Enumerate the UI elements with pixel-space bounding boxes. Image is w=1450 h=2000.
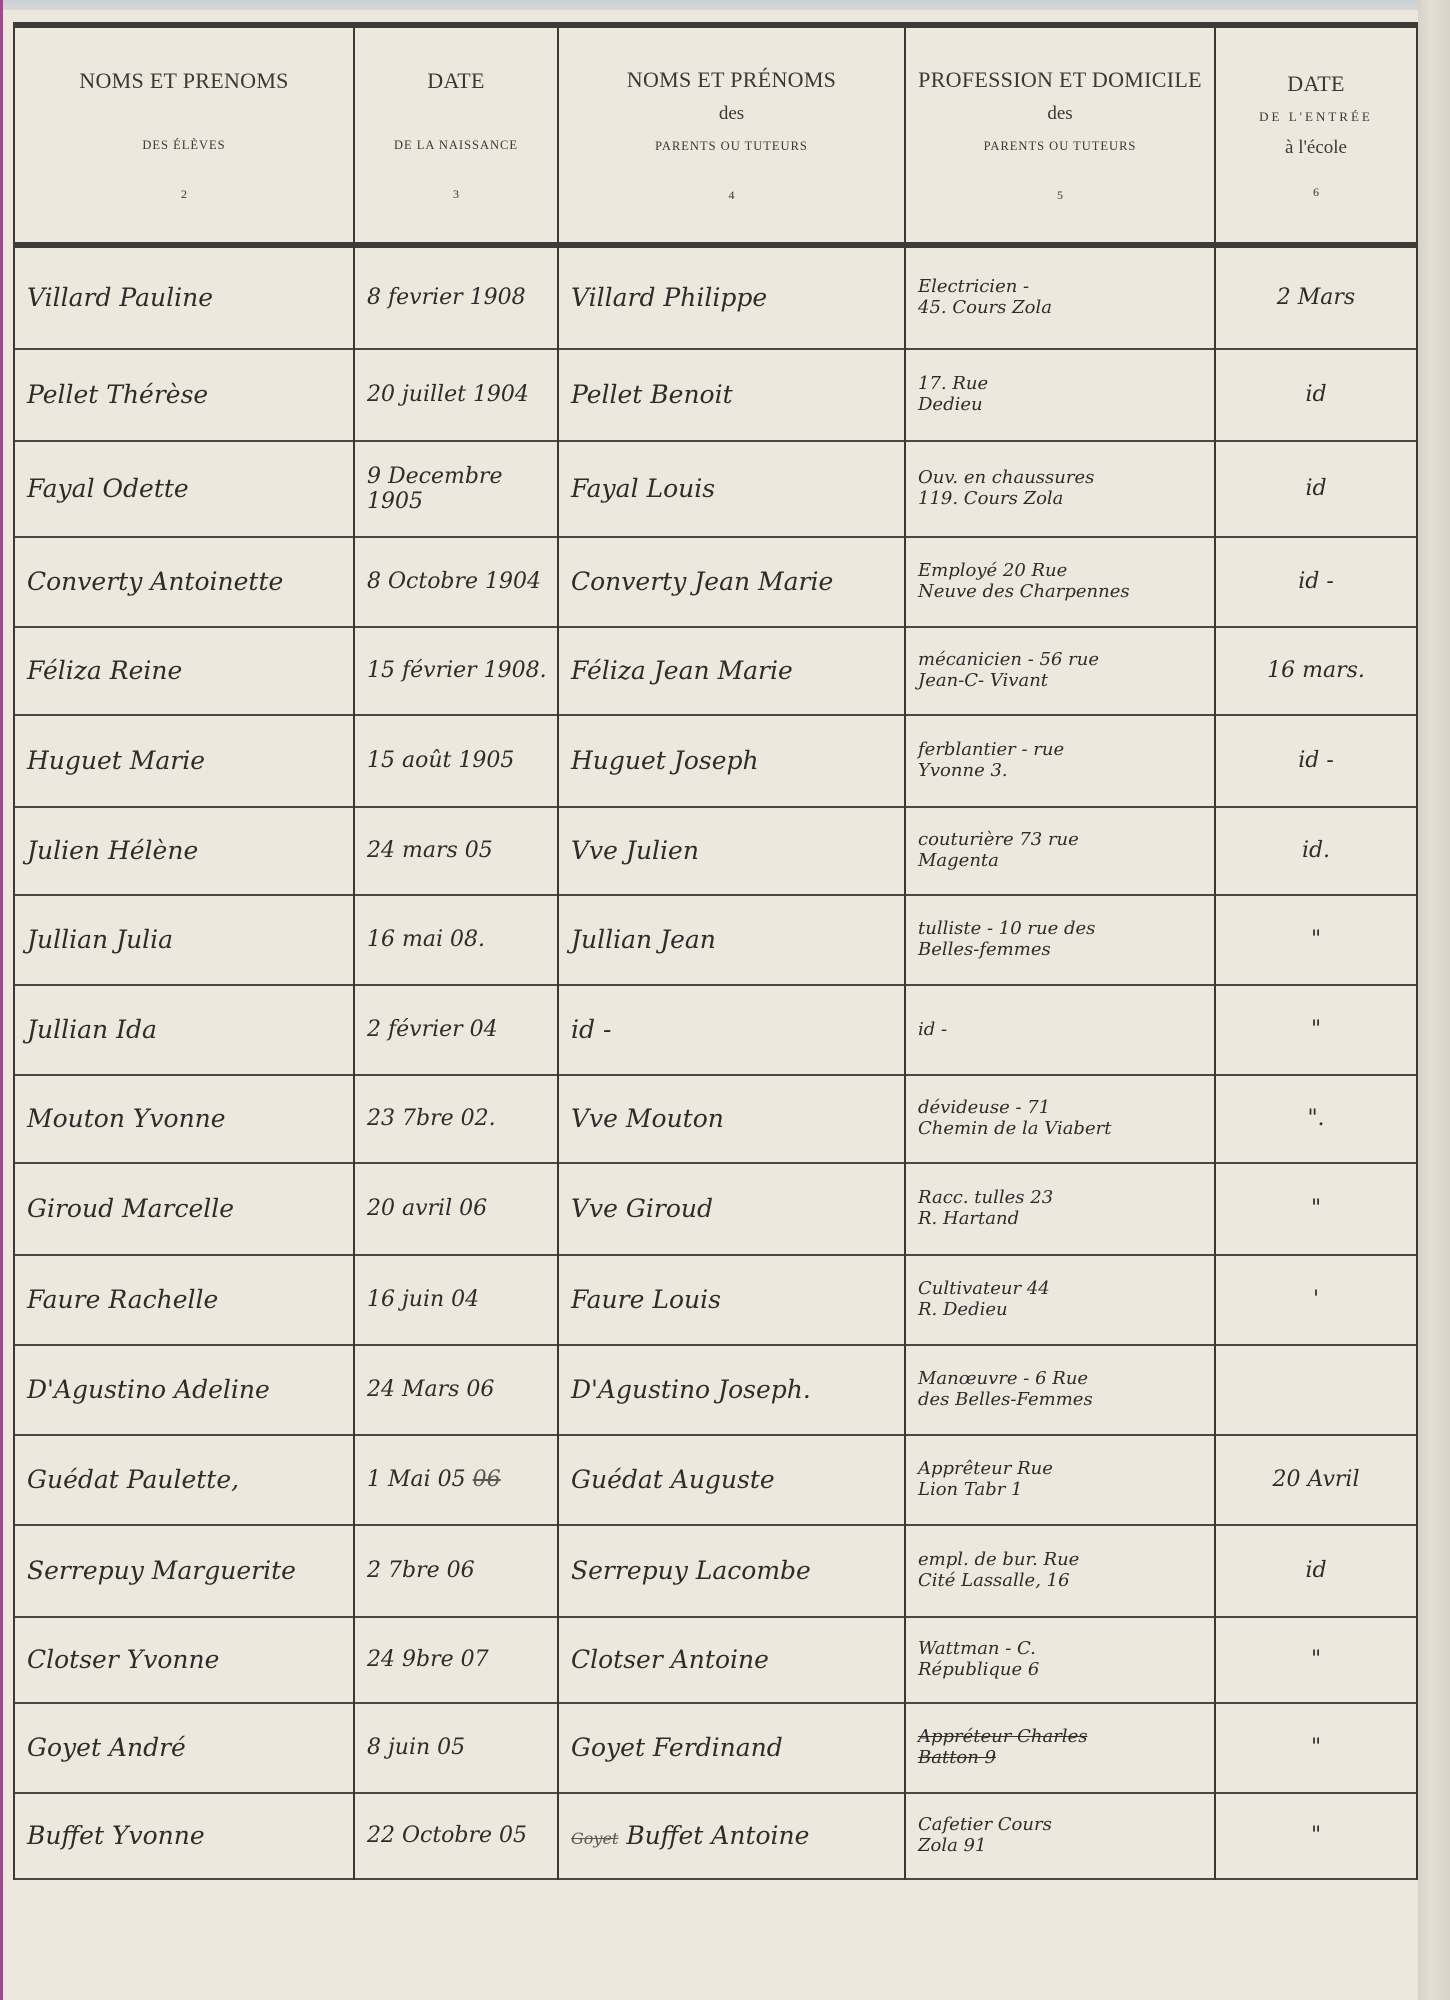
profession-line: Cité Lassalle, 16 — [918, 1571, 1214, 1592]
parent-name: Converty Jean Marie — [558, 537, 905, 627]
parent-name: Vve Julien — [558, 807, 905, 895]
entry-date-text: 2 Mars — [1277, 285, 1355, 310]
birth-date: 2 février 04 — [354, 985, 558, 1075]
column-title: DATE — [355, 68, 557, 94]
profession-address: Wattman - C.République 6 — [905, 1617, 1215, 1703]
parent-name-text: Converty Jean Marie — [571, 567, 833, 596]
profession-line: empl. de bur. Rue — [918, 1550, 1214, 1571]
profession-line: Neuve des Charpennes — [918, 582, 1214, 603]
parent-name-text: Serrepuy Lacombe — [571, 1556, 811, 1585]
entry-date-text: " — [1311, 927, 1321, 952]
profession-address: Manœuvre - 6 Ruedes Belles-Femmes — [905, 1345, 1215, 1435]
parent-name-text: Villard Philippe — [571, 283, 767, 312]
birth-date-text: 8 juin 05 — [367, 1735, 465, 1760]
profession-line: ferblantier - rue — [918, 740, 1214, 761]
profession-line: 45. Cours Zola — [918, 298, 1214, 319]
student-name-text: Giroud Marcelle — [27, 1194, 234, 1223]
entry-date: " — [1215, 1793, 1417, 1879]
student-name: D'Agustino Adeline — [14, 1345, 354, 1435]
table-row: Huguet Marie15 août 1905Huguet Josephfer… — [14, 715, 1417, 807]
parent-name-text: Guédat Auguste — [571, 1465, 775, 1494]
birth-date: 20 avril 06 — [354, 1163, 558, 1255]
profession-line: Zola 91 — [918, 1836, 1214, 1857]
table-row: Buffet Yvonne22 Octobre 05Goyet Buffet A… — [14, 1793, 1417, 1879]
student-name-text: Goyet André — [27, 1733, 186, 1762]
student-name-text: D'Agustino Adeline — [27, 1375, 270, 1404]
column-number: 6 — [1216, 185, 1416, 200]
profession-line: Chemin de la Viabert — [918, 1119, 1214, 1140]
column-subtitle: DES ÉLÈVES — [15, 138, 353, 153]
profession-line: Jean-C- Vivant — [918, 671, 1214, 692]
entry-date: id. — [1215, 807, 1417, 895]
student-name: Buffet Yvonne — [14, 1793, 354, 1879]
table-row: Jullian Ida2 février 04id -id -" — [14, 985, 1417, 1075]
register-table: NOMS ET PRENOMSDES ÉLÈVES2DATEDE LA NAIS… — [13, 22, 1418, 1880]
profession-address: mécanicien - 56 rueJean-C- Vivant — [905, 627, 1215, 715]
student-name-text: Villard Pauline — [27, 283, 213, 312]
parent-name-text: Goyet Ferdinand — [571, 1733, 783, 1762]
column-extra: à l'école — [1216, 137, 1416, 159]
column-number: 2 — [15, 187, 353, 202]
column-header-3: DATEDE LA NAISSANCE3 — [354, 25, 558, 245]
entry-date-text: ". — [1307, 1106, 1324, 1131]
profession-line: R. Dedieu — [918, 1300, 1214, 1321]
student-name-text: Guédat Paulette, — [27, 1465, 239, 1494]
profession-address: couturière 73 rueMagenta — [905, 807, 1215, 895]
profession-line: Wattman - C. — [918, 1639, 1214, 1660]
birth-date-text: 16 mai 08. — [367, 927, 485, 952]
entry-date: 16 mars. — [1215, 627, 1417, 715]
student-name-text: Clotser Yvonne — [27, 1645, 219, 1674]
student-name: Converty Antoinette — [14, 537, 354, 627]
birth-date: 20 juillet 1904 — [354, 349, 558, 441]
parent-name: Vve Giroud — [558, 1163, 905, 1255]
column-title: DATE — [1216, 71, 1416, 97]
table-row: Villard Pauline8 fevrier 1908Villard Phi… — [14, 245, 1417, 349]
profession-address: Electricien -45. Cours Zola — [905, 245, 1215, 349]
column-des: des — [559, 103, 904, 125]
parent-name-text: Vve Giroud — [571, 1194, 713, 1223]
profession-line: Ouv. en chaussures — [918, 468, 1214, 489]
birth-date: 8 Octobre 1904 — [354, 537, 558, 627]
student-name-text: Jullian Julia — [27, 925, 173, 954]
profession-line: Cultivateur 44 — [918, 1279, 1214, 1300]
table-row: Jullian Julia16 mai 08.Jullian Jeantulli… — [14, 895, 1417, 985]
parent-name: D'Agustino Joseph. — [558, 1345, 905, 1435]
entry-date: " — [1215, 985, 1417, 1075]
table-row: Goyet André8 juin 05Goyet FerdinandAppré… — [14, 1703, 1417, 1793]
register-sheet: NOMS ET PRENOMSDES ÉLÈVES2DATEDE LA NAIS… — [3, 10, 1418, 2000]
birth-date-text: 20 avril 06 — [367, 1196, 487, 1221]
entry-date: ' — [1215, 1255, 1417, 1345]
parent-name-text: Pellet Benoit — [571, 380, 733, 409]
profession-address: Employé 20 RueNeuve des Charpennes — [905, 537, 1215, 627]
parent-name: Jullian Jean — [558, 895, 905, 985]
profession-address: Ouv. en chaussures119. Cours Zola — [905, 441, 1215, 537]
entry-date-text: " — [1311, 1735, 1321, 1760]
parent-name: Huguet Joseph — [558, 715, 905, 807]
profession-line: Dedieu — [918, 395, 1214, 416]
column-number: 3 — [355, 187, 557, 202]
birth-date-text: 2 7bre 06 — [367, 1558, 475, 1583]
birth-date: 8 fevrier 1908 — [354, 245, 558, 349]
parent-name-text: Vve Mouton — [571, 1104, 724, 1133]
student-name-text: Mouton Yvonne — [27, 1104, 226, 1133]
column-header-6: DATEDE L'ENTRÉEà l'école6 — [1215, 25, 1417, 245]
binding-edge — [0, 0, 3, 2000]
column-title: NOMS ET PRÉNOMS — [559, 67, 904, 93]
table-row: Fayal Odette9 Decembre 1905Fayal LouisOu… — [14, 441, 1417, 537]
table-row: Serrepuy Marguerite2 7bre 06Serrepuy Lac… — [14, 1525, 1417, 1617]
entry-date-text: " — [1311, 1647, 1321, 1672]
profession-line: R. Hartand — [918, 1209, 1214, 1230]
entry-date: " — [1215, 895, 1417, 985]
profession-address: dévideuse - 71Chemin de la Viabert — [905, 1075, 1215, 1163]
student-name-text: Serrepuy Marguerite — [27, 1556, 296, 1585]
struck-text: Batton 9 — [918, 1748, 1214, 1769]
table-row: Julien Hélène24 mars 05Vve Juliencouturi… — [14, 807, 1417, 895]
entry-date: " — [1215, 1703, 1417, 1793]
entry-date: id - — [1215, 715, 1417, 807]
profession-line: Employé 20 Rue — [918, 561, 1214, 582]
column-subtitle: DE LA NAISSANCE — [355, 138, 557, 153]
column-header-2: NOMS ET PRENOMSDES ÉLÈVES2 — [14, 25, 354, 245]
birth-date: 16 mai 08. — [354, 895, 558, 985]
next-page-edge — [1418, 0, 1450, 2000]
parent-name: Vve Mouton — [558, 1075, 905, 1163]
entry-date-text: id — [1305, 476, 1326, 501]
birth-date: 15 février 1908. — [354, 627, 558, 715]
student-name: Villard Pauline — [14, 245, 354, 349]
column-des: des — [906, 103, 1214, 125]
entry-date: 2 Mars — [1215, 245, 1417, 349]
column-number: 5 — [906, 188, 1214, 203]
entry-date: " — [1215, 1163, 1417, 1255]
entry-date-text: " — [1311, 1823, 1321, 1848]
student-name: Jullian Ida — [14, 985, 354, 1075]
profession-line: mécanicien - 56 rue — [918, 650, 1214, 671]
entry-date: id — [1215, 349, 1417, 441]
profession-line: Lion Tabr 1 — [918, 1480, 1214, 1501]
profession-address: id - — [905, 985, 1215, 1075]
table-row: Converty Antoinette8 Octobre 1904Convert… — [14, 537, 1417, 627]
profession-line: id - — [918, 1020, 1214, 1041]
profession-line: Racc. tulles 23 — [918, 1188, 1214, 1209]
student-name-text: Converty Antoinette — [27, 567, 283, 596]
table-row: Giroud Marcelle20 avril 06Vve GiroudRacc… — [14, 1163, 1417, 1255]
table-row: Clotser Yvonne24 9bre 07Clotser AntoineW… — [14, 1617, 1417, 1703]
struck-text: Appréteur Charles — [918, 1727, 1214, 1748]
birth-date: 16 juin 04 — [354, 1255, 558, 1345]
profession-line: des Belles-Femmes — [918, 1390, 1214, 1411]
column-subtitle: PARENTS OU TUTEURS — [906, 139, 1214, 154]
profession-line: dévideuse - 71 — [918, 1098, 1214, 1119]
parent-name: Clotser Antoine — [558, 1617, 905, 1703]
birth-date-text: 2 février 04 — [367, 1017, 498, 1042]
column-title: PROFESSION ET DOMICILE — [906, 67, 1214, 93]
profession-address: Cultivateur 44R. Dedieu — [905, 1255, 1215, 1345]
birth-date: 22 Octobre 05 — [354, 1793, 558, 1879]
table-row: Guédat Paulette,1 Mai 05 06Guédat August… — [14, 1435, 1417, 1525]
profession-line: Electricien - — [918, 277, 1214, 298]
student-name-text: Faure Rachelle — [27, 1285, 218, 1314]
student-name-text: Pellet Thérèse — [27, 380, 208, 409]
profession-line: Apprêteur Rue — [918, 1459, 1214, 1480]
birth-date: 24 Mars 06 — [354, 1345, 558, 1435]
parent-name: Pellet Benoit — [558, 349, 905, 441]
birth-date-text: 24 Mars 06 — [367, 1377, 494, 1402]
profession-line: tulliste - 10 rue des — [918, 919, 1214, 940]
profession-address: empl. de bur. RueCité Lassalle, 16 — [905, 1525, 1215, 1617]
parent-name-text: Huguet Joseph — [571, 746, 759, 775]
birth-date-text: 22 Octobre 05 — [367, 1823, 527, 1848]
entry-date-text: ' — [1313, 1287, 1319, 1312]
birth-date: 8 juin 05 — [354, 1703, 558, 1793]
profession-address: 17. RueDedieu — [905, 349, 1215, 441]
table-row: D'Agustino Adeline24 Mars 06D'Agustino J… — [14, 1345, 1417, 1435]
parent-name-text: Faure Louis — [571, 1285, 721, 1314]
student-name: Féliza Reine — [14, 627, 354, 715]
entry-date-text: id - — [1298, 748, 1334, 773]
student-name-text: Julien Hélène — [27, 836, 198, 865]
birth-date: 1 Mai 05 06 — [354, 1435, 558, 1525]
student-name: Pellet Thérèse — [14, 349, 354, 441]
student-name-text: Féliza Reine — [27, 656, 182, 685]
column-number: 4 — [559, 188, 904, 203]
student-name: Clotser Yvonne — [14, 1617, 354, 1703]
entry-date-text: " — [1311, 1196, 1321, 1221]
profession-address: Cafetier CoursZola 91 — [905, 1793, 1215, 1879]
parent-name-text: Vve Julien — [571, 836, 699, 865]
entry-date: 20 Avril — [1215, 1435, 1417, 1525]
entry-date-text: 20 Avril — [1272, 1467, 1359, 1492]
struck-text: 06 — [473, 1467, 501, 1492]
student-name-text: Fayal Odette — [27, 474, 189, 503]
struck-text: Goyet — [571, 1829, 618, 1848]
profession-line: Yvonne 3. — [918, 761, 1214, 782]
column-header-4: NOMS ET PRÉNOMSdesPARENTS OU TUTEURS4 — [558, 25, 905, 245]
entry-date: id — [1215, 441, 1417, 537]
birth-date-text: 24 mars 05 — [367, 838, 493, 863]
profession-line: 119. Cours Zola — [918, 489, 1214, 510]
profession-line: 17. Rue — [918, 374, 1214, 395]
parent-name-text: Féliza Jean Marie — [571, 656, 793, 685]
table-row: Pellet Thérèse20 juillet 1904Pellet Beno… — [14, 349, 1417, 441]
entry-date — [1215, 1345, 1417, 1435]
column-title: NOMS ET PRENOMS — [15, 68, 353, 94]
student-name: Goyet André — [14, 1703, 354, 1793]
student-name: Giroud Marcelle — [14, 1163, 354, 1255]
birth-date: 15 août 1905 — [354, 715, 558, 807]
parent-name-text: Buffet Antoine — [626, 1821, 809, 1850]
birth-date: 24 mars 05 — [354, 807, 558, 895]
table-row: Mouton Yvonne23 7bre 02.Vve Moutondévide… — [14, 1075, 1417, 1163]
profession-line: Magenta — [918, 851, 1214, 872]
birth-date-text: 15 août 1905 — [367, 748, 514, 773]
entry-date-text: 16 mars. — [1267, 658, 1365, 683]
birth-date: 2 7bre 06 — [354, 1525, 558, 1617]
table-row: Féliza Reine15 février 1908.Féliza Jean … — [14, 627, 1417, 715]
parent-name-text: Clotser Antoine — [571, 1645, 769, 1674]
parent-name-text: Fayal Louis — [571, 474, 715, 503]
birth-date: 9 Decembre 1905 — [354, 441, 558, 537]
entry-date: id - — [1215, 537, 1417, 627]
birth-date-text: 8 Octobre 1904 — [367, 569, 541, 594]
entry-date: id — [1215, 1525, 1417, 1617]
student-name: Faure Rachelle — [14, 1255, 354, 1345]
header-row: NOMS ET PRENOMSDES ÉLÈVES2DATEDE LA NAIS… — [14, 25, 1417, 245]
student-name-text: Buffet Yvonne — [27, 1821, 205, 1850]
student-name: Julien Hélène — [14, 807, 354, 895]
parent-name: Villard Philippe — [558, 245, 905, 349]
parent-name-text: id - — [571, 1015, 611, 1044]
birth-date-text: 8 fevrier 1908 — [367, 285, 526, 310]
column-header-5: PROFESSION ET DOMICILEdesPARENTS OU TUTE… — [905, 25, 1215, 245]
entry-date-text: id. — [1302, 838, 1330, 863]
parent-name: Faure Louis — [558, 1255, 905, 1345]
student-name: Huguet Marie — [14, 715, 354, 807]
profession-address: ferblantier - rueYvonne 3. — [905, 715, 1215, 807]
profession-address: tulliste - 10 rue desBelles-femmes — [905, 895, 1215, 985]
profession-address: Racc. tulles 23R. Hartand — [905, 1163, 1215, 1255]
scan-top-edge — [0, 0, 1450, 10]
student-name: Serrepuy Marguerite — [14, 1525, 354, 1617]
birth-date-text: 16 juin 04 — [367, 1287, 479, 1312]
student-name: Jullian Julia — [14, 895, 354, 985]
parent-name: Guédat Auguste — [558, 1435, 905, 1525]
parent-name: Serrepuy Lacombe — [558, 1525, 905, 1617]
student-name: Mouton Yvonne — [14, 1075, 354, 1163]
birth-date-text: 23 7bre 02. — [367, 1106, 496, 1131]
student-name-text: Jullian Ida — [27, 1015, 157, 1044]
birth-date-text: 20 juillet 1904 — [367, 382, 529, 407]
entry-date-text: id - — [1298, 569, 1334, 594]
parent-name: Goyet Buffet Antoine — [558, 1793, 905, 1879]
entry-date-text: id — [1305, 1558, 1326, 1583]
profession-line: Belles-femmes — [918, 940, 1214, 961]
birth-date-text: 24 9bre 07 — [367, 1647, 489, 1672]
student-name-text: Huguet Marie — [27, 746, 205, 775]
column-subtitle: DE L'ENTRÉE — [1216, 109, 1416, 125]
profession-address: Apprêteur RueLion Tabr 1 — [905, 1435, 1215, 1525]
table-row: Faure Rachelle16 juin 04Faure LouisCulti… — [14, 1255, 1417, 1345]
parent-name: Féliza Jean Marie — [558, 627, 905, 715]
entry-date: " — [1215, 1617, 1417, 1703]
register-rows: Villard Pauline8 fevrier 1908Villard Phi… — [14, 245, 1417, 1879]
entry-date: ". — [1215, 1075, 1417, 1163]
profession-line: République 6 — [918, 1660, 1214, 1681]
profession-line: Cafetier Cours — [918, 1815, 1214, 1836]
birth-date: 24 9bre 07 — [354, 1617, 558, 1703]
parent-name-text: D'Agustino Joseph. — [571, 1375, 811, 1404]
parent-name: Fayal Louis — [558, 441, 905, 537]
entry-date-text: " — [1311, 1017, 1321, 1042]
birth-date-text: 9 Decembre 1905 — [367, 464, 502, 514]
student-name: Guédat Paulette, — [14, 1435, 354, 1525]
student-name: Fayal Odette — [14, 441, 354, 537]
birth-date-text: 1 Mai 05 — [367, 1467, 466, 1492]
profession-address: Appréteur CharlesBatton 9 — [905, 1703, 1215, 1793]
parent-name-text: Jullian Jean — [571, 925, 716, 954]
profession-line: couturière 73 rue — [918, 830, 1214, 851]
birth-date: 23 7bre 02. — [354, 1075, 558, 1163]
entry-date-text: id — [1305, 382, 1326, 407]
parent-name: Goyet Ferdinand — [558, 1703, 905, 1793]
profession-line: Manœuvre - 6 Rue — [918, 1369, 1214, 1390]
birth-date-text: 15 février 1908. — [367, 658, 547, 683]
column-subtitle: PARENTS OU TUTEURS — [559, 139, 904, 154]
parent-name: id - — [558, 985, 905, 1075]
